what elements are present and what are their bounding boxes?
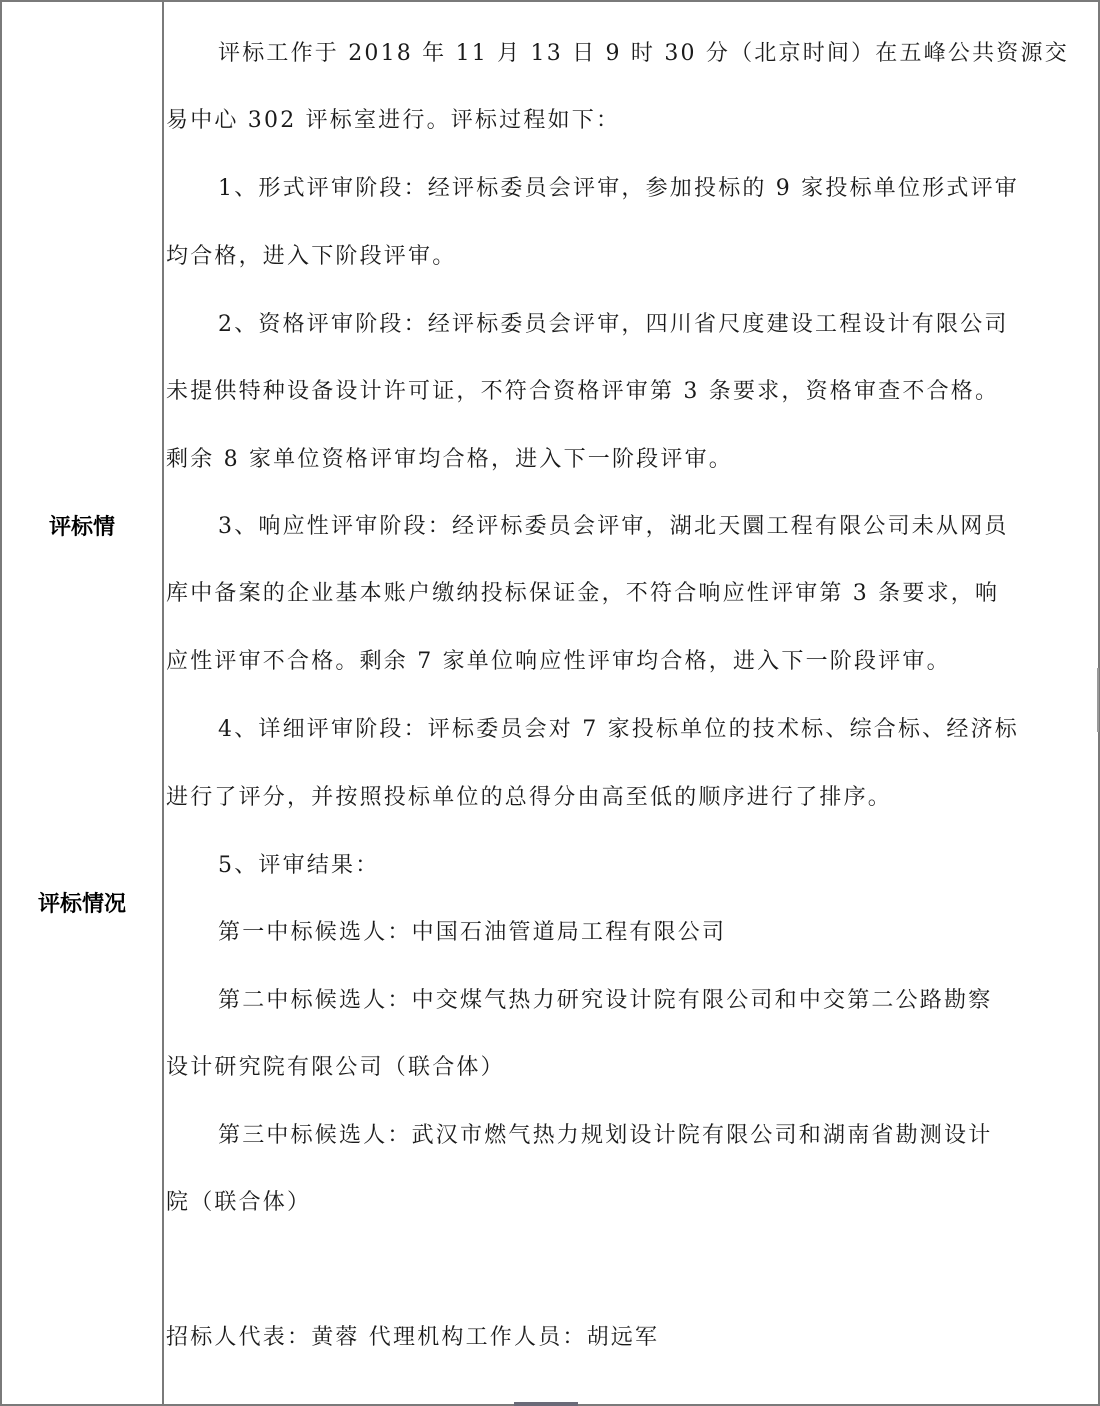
step5-title: 5、评审结果：	[218, 852, 379, 880]
candidate-2-line-2: 设计研究院有限公司（联合体）	[166, 1054, 505, 1082]
step2-line-2: 未提供特种设备设计许可证，不符合资格评审第 3 条要求，资格审查不合格。	[166, 378, 999, 406]
candidate-1-line-1: 第一中标候选人：中国石油管道局工程有限公司	[218, 919, 726, 947]
candidate-2-line-1: 第二中标候选人：中交煤气热力研究设计院有限公司和中交第二公路勘察	[218, 987, 992, 1015]
signature-line: 招标人代表：黄蓉 代理机构工作人员：胡远军	[166, 1324, 659, 1352]
evaluation-table: 评标情 评标情况 评标工作于 2018 年 11 月 13 日 9 时 30 分…	[0, 0, 1100, 1406]
step1-line-2: 均合格，进入下阶段评审。	[166, 243, 456, 271]
step2-line-3: 剩余 8 家单位资格评审均合格，进入下一阶段评审。	[166, 446, 733, 474]
scrollbar-marker[interactable]	[1097, 668, 1099, 732]
step2-line-1: 2、资格评审阶段：经评标委员会评审，四川省尺度建设工程设计有限公司	[218, 311, 1009, 339]
row-label-partial: 评标情	[2, 510, 162, 541]
step4-line-2: 进行了评分，并按照投标单位的总得分由高至低的顺序进行了排序。	[166, 784, 892, 812]
candidate-3-line-2: 院（联合体）	[166, 1189, 311, 1217]
candidate-3-line-1: 第三中标候选人：武汉市燃气热力规划设计院有限公司和湖南省勘测设计	[218, 1122, 992, 1150]
page-break-handle[interactable]	[514, 1402, 578, 1406]
intro-line-1: 评标工作于 2018 年 11 月 13 日 9 时 30 分（北京时间）在五峰…	[218, 40, 1069, 68]
step3-line-2: 库中备案的企业基本账户缴纳投标保证金，不符合响应性评审第 3 条要求，响	[166, 580, 999, 608]
step3-line-1: 3、响应性评审阶段：经评标委员会评审，湖北天圜工程有限公司未从网员	[218, 513, 1009, 541]
label-column: 评标情 评标情况	[2, 2, 164, 1404]
intro-line-2: 易中心 302 评标室进行。评标过程如下：	[166, 107, 620, 135]
step4-line-1: 4、详细评审阶段：评标委员会对 7 家投标单位的技术标、综合标、经济标	[218, 716, 1019, 744]
step1-line-1: 1、形式评审阶段：经评标委员会评审，参加投标的 9 家投标单位形式评审	[218, 175, 1019, 203]
row-label: 评标情况	[2, 887, 162, 918]
content-column: 评标工作于 2018 年 11 月 13 日 9 时 30 分（北京时间）在五峰…	[164, 2, 1098, 1404]
step3-line-3: 应性评审不合格。剩余 7 家单位响应性评审均合格，进入下一阶段评审。	[166, 648, 951, 676]
